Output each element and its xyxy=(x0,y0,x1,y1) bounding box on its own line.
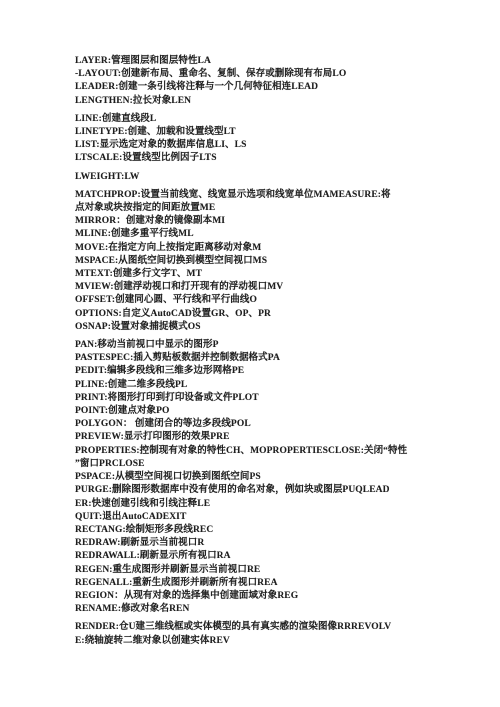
text-line: MATCHPROP:设置当前线宽、线宽显示选项和线宽单位MAMEASURE:将 xyxy=(75,189,455,202)
text-line: PREVIEW:显示打印图形的效果PRE xyxy=(75,431,455,444)
text-line: QUIT:退出AutoCADEXIT xyxy=(75,511,455,524)
text-line: LIST:显示选定对象的数据库信息LI、LS xyxy=(75,139,455,152)
paragraph: LAYER:管理图层和图层特性LA-LAYOUT:创建新布局、重命名、复制、保存… xyxy=(75,55,455,108)
text-line: RENDER:仓U建三维线框或实体模型的具有真实感的渲染图像RRREVOLV xyxy=(75,621,455,634)
text-line: -LAYOUT:创建新布局、重命名、复制、保存或删除现有布局LO xyxy=(75,68,455,81)
command-list: LAYER:管理图层和图层特性LA-LAYOUT:创建新布局、重命名、复制、保存… xyxy=(75,55,455,653)
text-line: MSPACE:从图纸空间切换到模型空间视口MS xyxy=(75,255,455,268)
text-line: REGION：从现有对象的选择集中创建面域对象REG xyxy=(75,590,455,603)
text-line: LINE:创建直线段L xyxy=(75,113,455,126)
text-line: PSPACE:从模型空间视口切换到图纸空间PS xyxy=(75,471,455,484)
text-line: PASTESPEC:插入剪贴板数据并控制数据格式PA xyxy=(75,352,455,365)
text-line: MLINE:创建多重平行线ML xyxy=(75,228,455,241)
text-line: PURGE:删除图形数据库中没有使用的命名对象，例如块或图层PUQLEAD xyxy=(75,484,455,497)
paragraph: LWEIGHT:LW xyxy=(75,171,455,184)
text-line: POINT:创建点对象PO xyxy=(75,405,455,418)
text-line: PAN:移动当前视口中显示的图形P xyxy=(75,339,455,352)
text-line: PLINE:创建二维多段线PL xyxy=(75,379,455,392)
text-line: LAYER:管理图层和图层特性LA xyxy=(75,55,455,68)
text-line: LEADER:创建一条引线将注释与一个几何特征相连LEAD xyxy=(75,81,455,94)
text-line: LENGTHEN:拉长对象LEN xyxy=(75,95,455,108)
text-line: OSNAP:设置对象捕捉模式OS xyxy=(75,321,455,334)
text-line: POLYGON： 创建闭合的等边多段线POL xyxy=(75,418,455,431)
text-line: LTSCALE:设置线型比例因子LTS xyxy=(75,152,455,165)
text-line: MOVE:在指定方向上按指定距离移动对象M xyxy=(75,242,455,255)
text-line: LWEIGHT:LW xyxy=(75,171,455,184)
document-page: LAYER:管理图层和图层特性LA-LAYOUT:创建新布局、重命名、复制、保存… xyxy=(0,0,500,707)
text-line: RENAME:修改对象名REN xyxy=(75,603,455,616)
text-line: LINETYPE:创建、加载和设置线型LT xyxy=(75,126,455,139)
text-line: PEDIT:编辑多段线和三维多边形网格PE xyxy=(75,365,455,378)
text-line: 点对象或块按指定的间距放置ME xyxy=(75,202,455,215)
text-line: MTEXT:创建多行文字T、MT xyxy=(75,268,455,281)
text-line: REGEN:重生成图形并刷新显示当前视口RE xyxy=(75,564,455,577)
text-line: OPTIONS:自定义AutoCAD设置GR、OP、PR xyxy=(75,308,455,321)
text-line: PROPERTIES:控制现有对象的特性CH、MOPROPERTIESCLOSE… xyxy=(75,445,455,458)
text-line: MIRROR：创建对象的镜像副本MI xyxy=(75,215,455,228)
text-line: ”窗口PRCLOSE xyxy=(75,458,455,471)
text-line: RECTANG:绘制矩形多段线REC xyxy=(75,524,455,537)
text-line: PRINT:将图形打印到打印设备或文件PLOT xyxy=(75,392,455,405)
text-line: REGENALL:重新生成图形并刷新所有视口REA xyxy=(75,577,455,590)
text-line: REDRAWALL:刷新显示所有视口RA xyxy=(75,550,455,563)
text-line: REDRAW:刷新显示当前视口R xyxy=(75,537,455,550)
paragraph: RENDER:仓U建三维线框或实体模型的具有真实感的渲染图像RRREVOLVE:… xyxy=(75,621,455,647)
text-line: OFFSET:创建同心圆、平行线和平行曲线O xyxy=(75,294,455,307)
paragraph: PAN:移动当前视口中显示的图形PPASTESPEC:插入剪贴板数据并控制数据格… xyxy=(75,339,455,616)
text-line: ER:快速创建引线和引线注释LE xyxy=(75,498,455,511)
text-line: E:绕轴旋转二维对象以创建实体REV xyxy=(75,635,455,648)
paragraph: MATCHPROP:设置当前线宽、线宽显示选项和线宽单位MAMEASURE:将点… xyxy=(75,189,455,334)
paragraph: LINE:创建直线段LLINETYPE:创建、加载和设置线型LTLIST:显示选… xyxy=(75,113,455,166)
text-line: MVIEW:创建浮动视口和打开现有的浮动视口MV xyxy=(75,281,455,294)
